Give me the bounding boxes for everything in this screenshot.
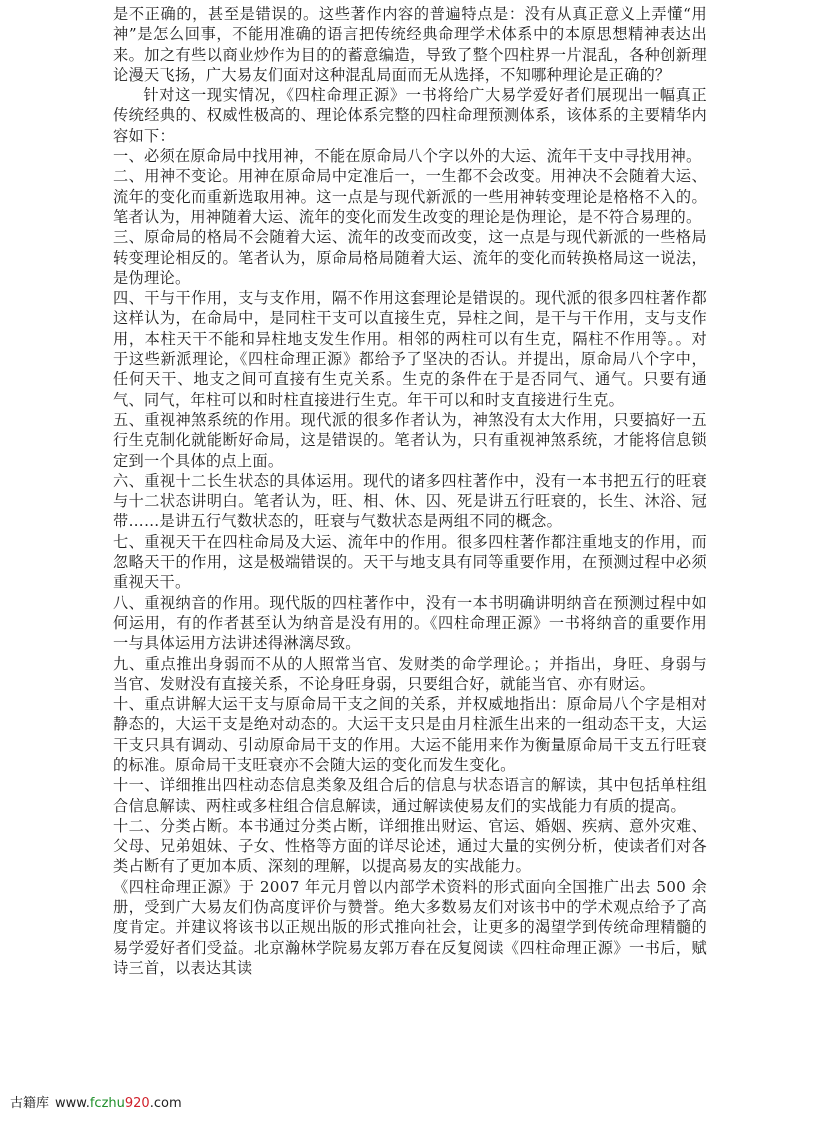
paragraph-overview: 针对这一现实情况，《四柱命理正源》一书将给广大易学爱好者们展现出一幅真正传统经典…	[113, 85, 707, 146]
list-item-9: 九、重点推出身弱而不从的人照常当官、发财类的命学理论。；并指出，身旺、身弱与当官…	[113, 654, 707, 695]
footer-watermark: 古籍库www.fczhu920.com	[10, 1092, 182, 1111]
list-item-11: 十一、详细推出四柱动态信息类象及组合后的信息与状态语言的解读，其中包括单柱组合信…	[113, 775, 707, 816]
list-item-4: 四、干与干作用，支与支作用，隔不作用这套理论是错误的。现代派的很多四柱著作都这样…	[113, 288, 707, 410]
list-item-10: 十、重点讲解大运干支与原命局干支之间的关系，并权威地指出：原命局八个字是相对静态…	[113, 694, 707, 775]
list-item-3: 三、原命局的格局不会随着大运、流年的改变而改变，这一点是与现代新派的一些格局转变…	[113, 227, 707, 288]
document-body: 是不正确的，甚至是错误的。这些著作内容的普遍特点是：没有从真正意义上弄懂“用神”…	[113, 4, 707, 978]
footer-brand: 古籍库	[10, 1096, 49, 1111]
footer-url-red[interactable]: 920	[125, 1096, 150, 1111]
list-item-5: 五、重视神煞系统的作用。现代派的很多作者认为，神煞没有太大作用，只要搞好一五行生…	[113, 410, 707, 471]
footer-url-prefix[interactable]: www.	[55, 1096, 90, 1111]
footer-url-suffix[interactable]: .com	[150, 1096, 182, 1111]
list-item-2: 二、用神不变论。用神在原命局中定准后一，一生都不会改变。用神决不会随着大运、流年…	[113, 166, 707, 227]
paragraph-intro: 是不正确的，甚至是错误的。这些著作内容的普遍特点是：没有从真正意义上弄懂“用神”…	[113, 4, 707, 85]
list-item-7: 七、重视天干在四柱命局及大运、流年中的作用。很多四柱著作都注重地支的作用，而忽略…	[113, 532, 707, 593]
list-item-12: 十二、分类占断。本书通过分类占断，详细推出财运、官运、婚姻、疾病、意外灾难、父母…	[113, 816, 707, 877]
list-item-8: 八、重视纳音的作用。现代版的四柱著作中，没有一本书明确讲明纳音在预测过程中如何运…	[113, 593, 707, 654]
footer-url-green[interactable]: fczhu	[90, 1096, 125, 1111]
list-item-6: 六、重视十二长生状态的具体运用。现代的诸多四柱著作中，没有一本书把五行的旺衰与十…	[113, 471, 707, 532]
list-item-1: 一、必须在原命局中找用神，不能在原命局八个字以外的大运、流年干支中寻找用神。	[113, 146, 707, 166]
paragraph-reception: 《四柱命理正源》于 2007 年元月曾以内部学术资料的形式面向全国推广出去 50…	[113, 877, 707, 978]
